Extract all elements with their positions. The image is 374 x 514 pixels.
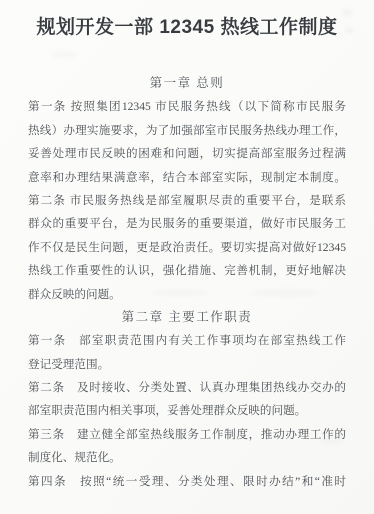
- body-line: 意率和办理结果满意率，结合本部室实际，现制定本制度。: [28, 166, 346, 189]
- body-line: 热线工作重要性的认识，强化措施、完善机制，更好地解决: [28, 259, 346, 282]
- document-content: 规划开发一部 12345 热线工作制度 第一章 总则 第一条 按照集团12345…: [28, 0, 346, 493]
- body-line: 群众反映的问题。: [28, 283, 346, 306]
- chapter-1-heading: 第一章 总则: [28, 72, 346, 95]
- scanned-document-page: 规划开发一部 12345 热线工作制度 第一章 总则 第一条 按照集团12345…: [0, 0, 374, 514]
- body-line: 作不仅是民生问题，更是政治责任。要切实提高对做好12345: [28, 236, 346, 259]
- body-line: 第二条 市民服务热线是部室履职尽责的重要平台，是联系: [28, 189, 346, 212]
- scan-smudge: [345, 28, 354, 33]
- body-line: 部室职责范围内相关事项，妥善处理群众反映的问题。: [28, 399, 346, 422]
- body-line: 第三条 建立健全部室热线服务工作制度，推动办理工作的: [28, 423, 346, 446]
- body-line: 热线）办理实施要求，为了加强部室市民服务热线办理工作，: [28, 119, 346, 142]
- body-line: 第二条 及时接收、分类处置、认真办理集团热线办交办的: [28, 376, 346, 399]
- body-line: 登记受理范围。: [28, 353, 346, 376]
- body-line: 群众的重要平台，是为民服务的重要渠道，做好市民服务工: [28, 212, 346, 235]
- body-line: 妥善处理市民反映的困难和问题，切实提高部室服务过程满: [28, 142, 346, 165]
- body-line: 制度化、规范化。: [28, 446, 346, 469]
- body-line: 第四条 按照“统一受理、分类处理、限时办结”和“准时: [28, 470, 346, 493]
- body-line: 第一条 按照集团12345 市民服务热线（以下简称市民服务: [28, 95, 346, 118]
- document-title: 规划开发一部 12345 热线工作制度: [28, 14, 346, 42]
- body-line: 第一条 部室职责范围内有关工作事项均在部室热线工作: [28, 329, 346, 352]
- chapter-2-heading: 第二章 主要工作职责: [28, 306, 346, 329]
